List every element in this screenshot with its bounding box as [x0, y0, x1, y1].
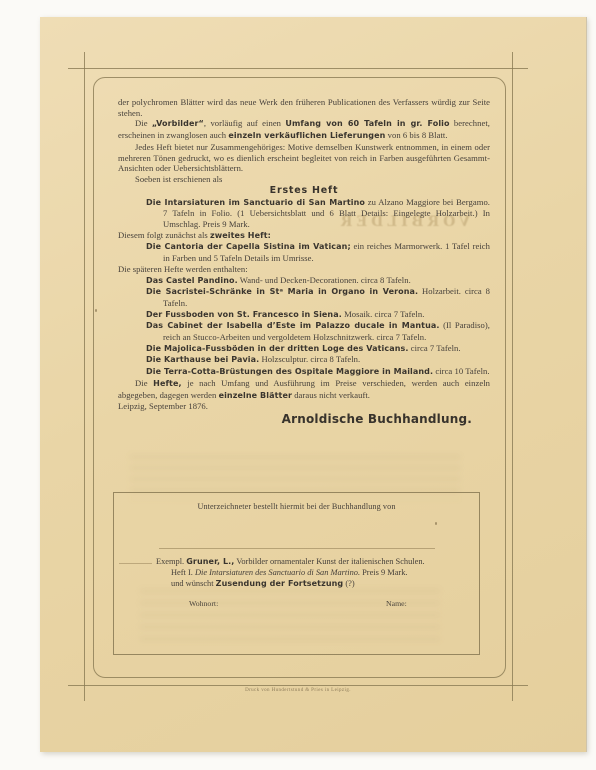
wohnort-label: Wohnort: — [189, 599, 218, 608]
border-line-top — [68, 68, 528, 69]
text-segment: der polychromen Blätter wird das neue We… — [118, 97, 490, 118]
text-segment: Die Sacristei-Schränke in Stᵃ Maria in O… — [146, 287, 418, 296]
list-item: Die Majolica-Fussböden in der dritten Lo… — [118, 343, 490, 355]
entry-erstes-heft: Die Intarsiaturen im Sanctuario di San M… — [118, 197, 490, 230]
text-segment: Gruner, L., — [186, 557, 234, 566]
text-segment: einzelne Blätter — [219, 391, 292, 400]
text-segment: , vorläufig auf einen — [204, 118, 285, 128]
text-segment: Jedes Heft bietet nur Zusammengehöriges:… — [118, 142, 490, 173]
printer-imprint: Druck von Hundertstund & Pries in Leipzi… — [68, 688, 528, 693]
text-segment: Soeben ist erschienen als — [135, 174, 222, 184]
wish-line: und wünscht Zusendung der Fortsetzung (?… — [119, 578, 471, 589]
text-segment: Das Castel Pandino. — [146, 276, 238, 285]
text-segment: Die Terra-Cotta-Brüstungen des Ospitale … — [146, 367, 433, 376]
paragraph-continuation: der polychromen Blätter wird das neue We… — [118, 97, 490, 118]
order-line-text: Exempl. Gruner, L., Vorbilder ornamental… — [156, 557, 425, 566]
dateline: Leipzig, September 1876. — [118, 401, 490, 412]
text-segment: „Vorbilder“ — [152, 119, 204, 128]
bookseller-blank-line — [159, 548, 435, 549]
text-segment: Die Intarsiaturen des Sanctuario di San … — [195, 568, 360, 577]
text-segment: daraus nicht verkauft. — [292, 390, 370, 400]
order-form-intro: Unterzeichneter bestellt hiermit bei der… — [114, 502, 479, 511]
list-item: Das Castel Pandino. Wand- und Decken-Dec… — [118, 275, 490, 287]
text-segment: Heft I. — [171, 568, 195, 577]
text-segment: circa 7 Tafeln. — [409, 343, 461, 353]
text-segment: Die — [135, 118, 152, 128]
text-segment: Umfang von 60 Tafeln in gr. Folio — [285, 119, 449, 128]
text-segment: und wünscht — [171, 579, 216, 588]
text-segment: Die Cantoria der Capella Sistina im Vati… — [146, 242, 351, 251]
line-soeben: Soeben ist erschienen als — [118, 174, 490, 185]
body-text: der polychromen Blätter wird das neue We… — [118, 97, 490, 426]
text-segment: von 6 bis 8 Blatt. — [385, 130, 447, 140]
paper-speck — [95, 309, 97, 312]
quantity-blank-field — [119, 555, 152, 564]
list-item: Die Terra-Cotta-Brüstungen des Ospitale … — [118, 366, 490, 378]
text-segment: Mosaik. circa 7 Tafeln. — [342, 309, 425, 319]
list-item: Das Cabinet der Isabella d’Este im Palaz… — [118, 320, 490, 342]
scanned-page: VORBILDER der polychromen Blätter wird d… — [0, 0, 596, 770]
border-line-right — [512, 52, 513, 701]
list-item: Der Fussboden von St. Francesco in Siena… — [118, 309, 490, 321]
border-line-left — [84, 52, 85, 701]
heft-line: Heft I. Die Intarsiaturen des Sanctuario… — [119, 567, 471, 578]
line-diesem-folgt: Diesem folgt zunächst als zweites Heft: — [118, 230, 490, 242]
text-segment: Preis 9 Mark. — [360, 568, 407, 577]
text-segment: zweites Heft: — [210, 231, 271, 240]
text-segment: Holzsculptur. circa 8 Tafeln. — [259, 354, 360, 364]
order-form-body: Exempl. Gruner, L., Vorbilder ornamental… — [119, 555, 471, 590]
future-issues-list: Das Castel Pandino. Wand- und Decken-Dec… — [118, 275, 490, 378]
text-segment: Die Majolica-Fussböden in der dritten Lo… — [146, 344, 409, 353]
text-segment: Das Cabinet der Isabella d’Este im Palaz… — [146, 321, 440, 330]
border-line-bottom — [68, 685, 528, 686]
text-segment: Wand- und Decken-Decorationen. circa 8 T… — [238, 275, 411, 285]
paragraph-jedes-heft: Jedes Heft bietet nur Zusammengehöriges:… — [118, 142, 490, 174]
paragraph-vorbilder: Die „Vorbilder“, vorläufig auf einen Umf… — [118, 118, 490, 141]
text-segment: (?) — [343, 579, 354, 588]
list-item: Die Karthause bei Pavia. Holzsculptur. c… — [118, 354, 490, 366]
text-segment: Hefte, — [153, 379, 182, 388]
text-segment: circa 10 Tafeln. — [433, 366, 489, 376]
text-segment: Diesem folgt zunächst als — [118, 230, 210, 240]
list-item: Die Sacristei-Schränke in Stᵃ Maria in O… — [118, 286, 490, 308]
text-segment: Die Intarsiaturen im Sanctuario di San M… — [146, 198, 365, 207]
text-segment: Die — [135, 378, 153, 388]
name-label: Name: — [386, 599, 407, 608]
text-segment: Der Fussboden von St. Francesco in Siena… — [146, 310, 342, 319]
heading-erstes-heft: Erstes Heft — [118, 185, 490, 197]
paper-sheet: VORBILDER der polychromen Blätter wird d… — [40, 17, 586, 752]
text-segment: Die späteren Hefte werden enthalten: — [118, 264, 248, 274]
text-segment: Vorbilder ornamentaler Kunst der italien… — [234, 557, 424, 566]
entry-zweites-heft: Die Cantoria der Capella Sistina im Vati… — [118, 241, 490, 263]
publisher-signature: Arnoldische Buchhandlung. — [118, 412, 490, 426]
order-line: Exempl. Gruner, L., Vorbilder ornamental… — [119, 555, 471, 567]
text-segment: Die Karthause bei Pavia. — [146, 355, 259, 364]
text-segment: einzeln verkäuflichen Lieferungen — [228, 131, 385, 140]
paragraph-closing: Die Hefte, je nach Umfang und Ausführung… — [118, 378, 490, 401]
text-segment: Exempl. — [156, 557, 186, 566]
order-form-box: Unterzeichneter bestellt hiermit bei der… — [113, 492, 480, 655]
text-segment: Zusendung der Fortsetzung — [216, 579, 344, 588]
line-spaetere-hefte: Die späteren Hefte werden enthalten: — [118, 264, 490, 275]
